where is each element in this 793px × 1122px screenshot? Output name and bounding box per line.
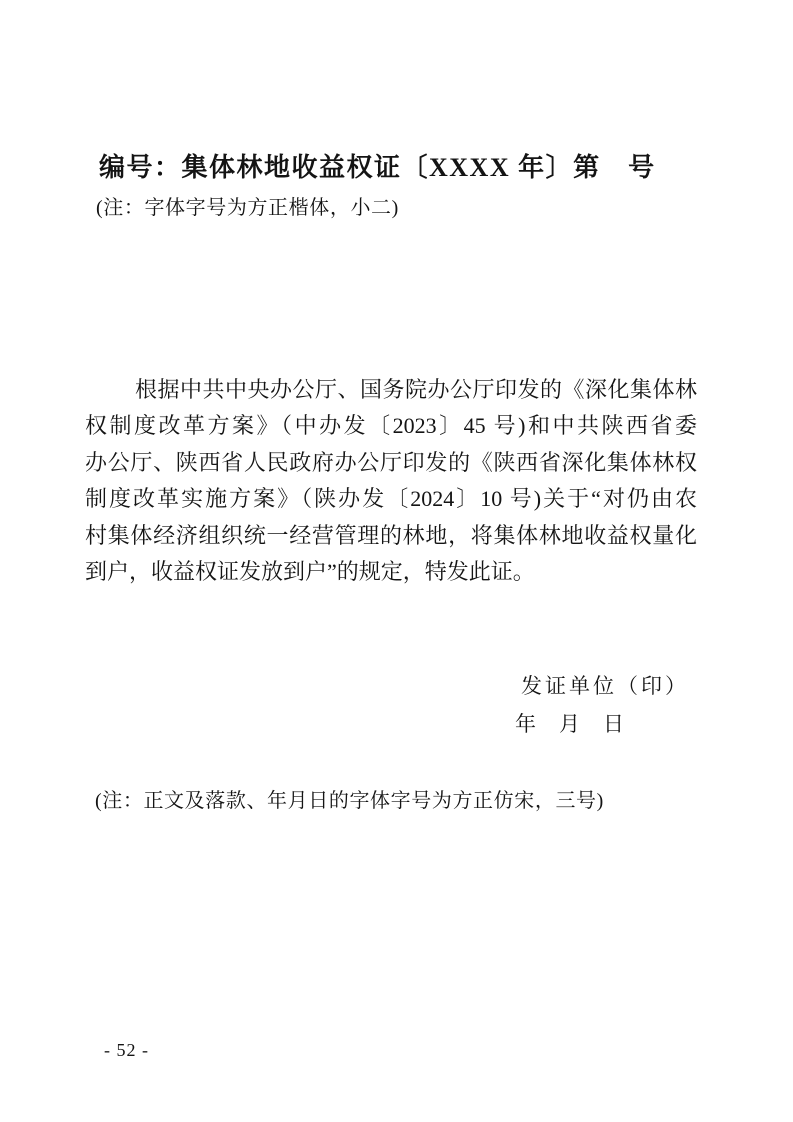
body-paragraph: 根据中共中央办公厅、国务院办公厅印发的《深化集体林 权制度改革方案》（中办发〔2… <box>85 372 697 590</box>
font-note-heading: (注：字体字号为方正楷体，小二) <box>96 191 399 220</box>
body-line: 村集体经济组织统一经营管理的林地，将集体林地收益权量化 <box>85 518 697 554</box>
body-line: 权制度改革方案》（中办发〔2023〕45 号)和中共陕西省委 <box>85 408 697 444</box>
body-line: 根据中共中央办公厅、国务院办公厅印发的《深化集体林 <box>85 372 697 408</box>
document-page: 编号：集体林地收益权证〔XXXX 年〕第 号 (注：字体字号为方正楷体，小二) … <box>0 0 793 1122</box>
certificate-number-heading: 编号：集体林地收益权证〔XXXX 年〕第 号 <box>99 147 656 184</box>
font-note-body: (注：正文及落款、年月日的字体字号为方正仿宋，三号) <box>95 784 604 813</box>
body-line: 到户，收益权证发放到户”的规定，特发此证。 <box>85 554 697 590</box>
date-signature-line: 年 月 日 <box>515 708 625 738</box>
page-number: - 52 - <box>104 1040 149 1061</box>
body-line: 制度改革实施方案》（陕办发〔2024〕10 号)关于“对仍由农 <box>85 481 697 517</box>
issuer-signature-line: 发证单位（印） <box>521 670 689 700</box>
body-line: 办公厅、陕西省人民政府办公厅印发的《陕西省深化集体林权 <box>85 445 697 481</box>
